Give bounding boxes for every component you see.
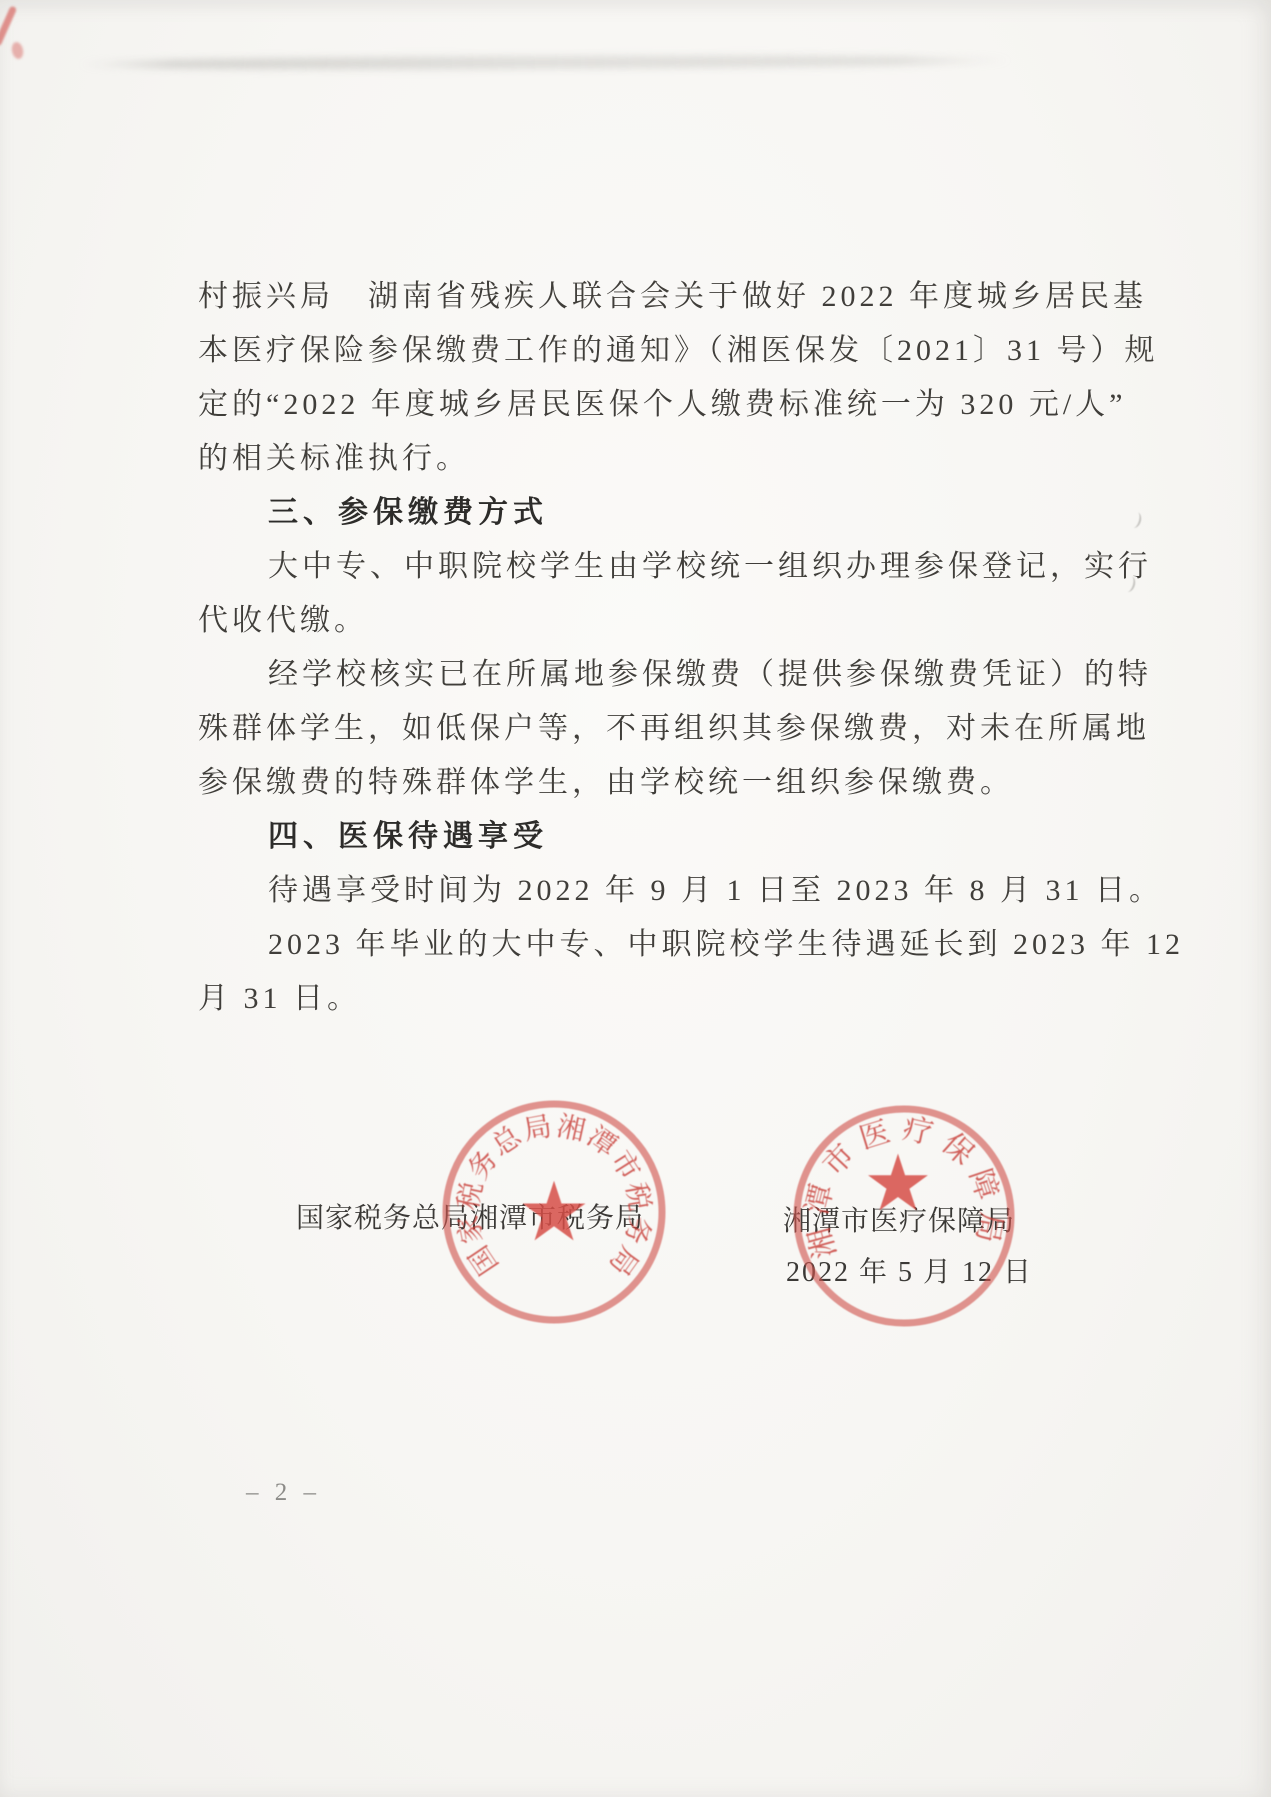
text-line: 月 31 日。 <box>198 972 1088 1026</box>
svg-text:湘潭市医疗保障局: 湘潭市医疗保障局 <box>800 1112 1008 1262</box>
text-line: 2023 年毕业的大中专、中职院校学生待遇延长到 2023 年 12 <box>198 918 1088 972</box>
issuing-org-left: 国家税务总局湘潭市税务局 <box>296 1196 644 1236</box>
text-line: 四、医保待遇享受 <box>198 810 1088 864</box>
scanned-document-page: 村振兴局 湖南省残疾人联合会关于做好 2022 年度城乡居民基本医疗保险参保缴费… <box>0 0 1271 1797</box>
text-line: 三、参保缴费方式 <box>198 486 1088 540</box>
text-line: 参保缴费的特殊群体学生，由学校统一组织参保缴费。 <box>198 756 1088 810</box>
red-corner-mark <box>10 41 24 60</box>
issue-date: 2022 年 5 月 12 日 <box>786 1250 1033 1290</box>
scan-artifact-mark <box>1128 511 1143 529</box>
page-number: – 2 – <box>246 1479 321 1507</box>
text-line: 代收代缴。 <box>198 594 1088 648</box>
text-line: 定的“2022 年度城乡居民医保个人缴费标准统一为 320 元/人” <box>198 378 1088 432</box>
text-line: 的相关标准执行。 <box>198 432 1088 486</box>
red-corner-mark <box>0 5 17 46</box>
text-line: 待遇享受时间为 2022 年 9 月 1 日至 2023 年 8 月 31 日。 <box>198 864 1088 918</box>
text-line: 村振兴局 湖南省残疾人联合会关于做好 2022 年度城乡居民基 <box>198 270 1088 324</box>
text-line: 殊群体学生，如低保户等，不再组织其参保缴费，对未在所属地 <box>198 702 1088 756</box>
text-line: 经学校核实已在所属地参保缴费（提供参保缴费凭证）的特 <box>198 648 1088 702</box>
scan-artifact-streak <box>78 54 1013 71</box>
text-line: 大中专、中职院校学生由学校统一组织办理参保登记，实行 <box>198 540 1088 594</box>
text-line: 本医疗保险参保缴费工作的通知》（湘医保发〔2021〕31 号）规 <box>198 324 1088 378</box>
document-body: 村振兴局 湖南省残疾人联合会关于做好 2022 年度城乡居民基本医疗保险参保缴费… <box>198 270 1088 1026</box>
issuing-org-right: 湘潭市医疗保障局 <box>783 1199 1015 1239</box>
seal-arc-text: 湘潭市医疗保障局 <box>800 1112 1008 1262</box>
